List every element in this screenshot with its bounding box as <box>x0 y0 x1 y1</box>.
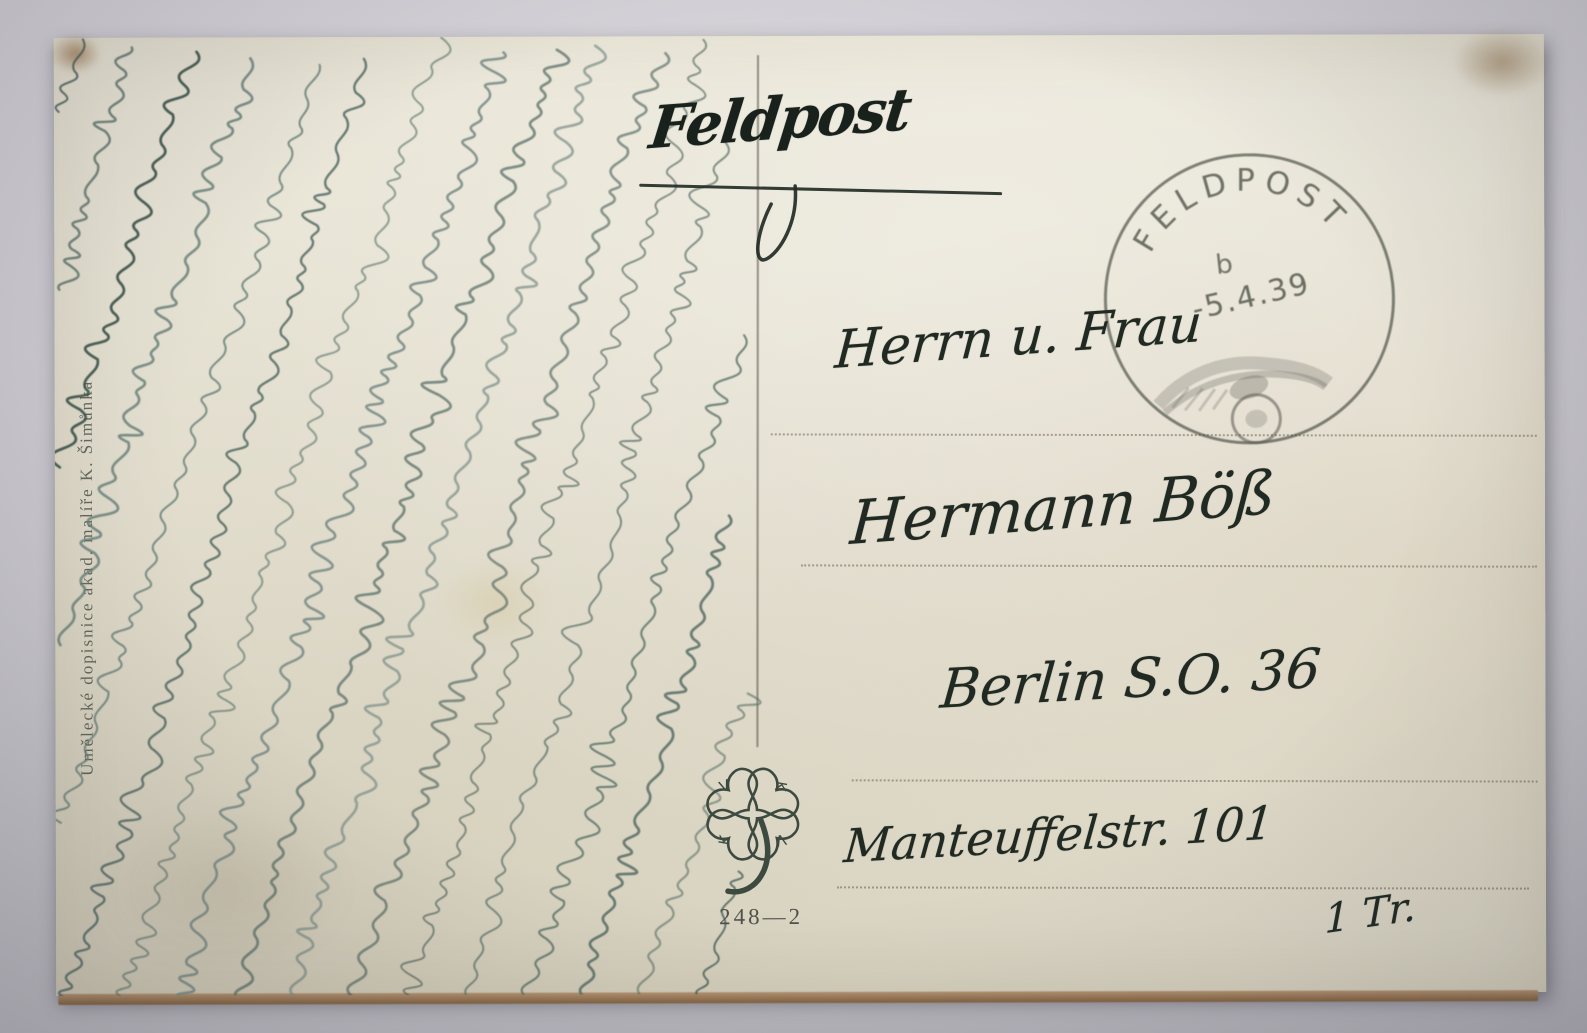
postcard-photo: Umělecké dopisnice akad. malíře K. Šimůn… <box>0 0 1587 1033</box>
clover-logo: V K K V <box>702 763 804 892</box>
clover-letter: V <box>773 830 788 850</box>
message-handwriting-line <box>54 55 387 995</box>
clover-leaf <box>702 798 769 865</box>
message-handwriting <box>54 34 763 996</box>
clover-letter: K <box>715 833 735 847</box>
message-handwriting-line <box>54 44 150 294</box>
postmark-letter: b <box>1214 248 1234 281</box>
postmark-ring-text: FELDPOST <box>1119 150 1359 261</box>
ink-layer: FELDPOST b -5.4.39 <box>54 34 1547 996</box>
clover-letter: V <box>717 776 734 797</box>
message-handwriting-line <box>511 329 759 996</box>
heading-flourish <box>758 186 796 260</box>
eagle-emblem <box>1155 354 1335 453</box>
postcard: Umělecké dopisnice akad. malíře K. Šimůn… <box>54 34 1547 996</box>
postmark-date: -5.4.39 <box>1189 266 1314 327</box>
message-handwriting-line <box>54 57 329 830</box>
message-handwriting-line <box>386 36 723 996</box>
message-handwriting-line <box>226 42 572 996</box>
message-handwriting-line <box>54 37 89 114</box>
message-handwriting-line <box>434 136 752 996</box>
message-handwriting-line <box>634 688 762 996</box>
clover-leaf <box>737 763 804 830</box>
clover-letter: K <box>771 780 791 794</box>
message-handwriting-line <box>112 34 457 996</box>
